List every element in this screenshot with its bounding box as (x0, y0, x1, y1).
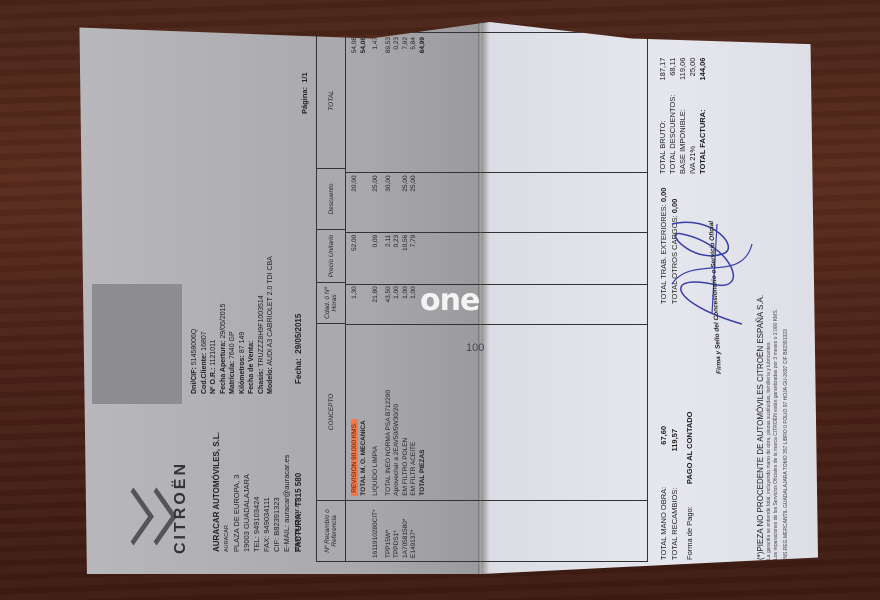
cell-qty: 1,30 (351, 282, 360, 322)
cell-qty (360, 282, 369, 322)
cell-total: 64,99 (419, 33, 428, 171)
client-info: Dni/CIF: 51458006Q Cod.Cliente: 16807 Nº… (190, 256, 276, 394)
table-row: 1A70581580*EM FILTRO POLEN1,0010,5625,00… (402, 33, 411, 561)
cell-pu: 52,00 (351, 231, 360, 282)
table-row: REVISION 90.000 KMS.1,3052,0020,0054,08 (351, 33, 360, 561)
cell-ref: E149137* (410, 499, 419, 561)
cell-ref: 1611910280CIT* (372, 499, 381, 561)
invoice-number: FACTURA: T315 580 (294, 473, 303, 552)
cell-total: 89,53 (385, 33, 394, 171)
cell-dto: 20,00 (351, 171, 360, 230)
cell-ref (419, 499, 428, 561)
watermark-logo: one (420, 283, 479, 318)
cell-pu: 2,11 (385, 231, 394, 282)
table-row: TOTAL M. O. MECANICA54,08 (360, 33, 369, 561)
redacted-area (92, 284, 182, 404)
table-body: REVISION 90.000 KMS.1,3052,0020,0054,08T… (351, 33, 427, 561)
cell-ref (351, 499, 360, 561)
company-info: AURACAR AUTOMÓVILES, S.L. AURACAR PLAZA … (212, 432, 302, 552)
cell-ref: TPPDS1* (393, 499, 402, 561)
cell-total: 54,08 (360, 33, 369, 171)
cell-dto: 25,00 (402, 171, 411, 230)
cell-qty: 43,50 (385, 282, 394, 322)
cell-total: 5,84 (410, 33, 419, 171)
watermark-number: 100 (466, 342, 484, 354)
cell-ref: 1A70581580* (402, 499, 411, 561)
page-number: Página: 1/1 (300, 72, 309, 114)
cell-concept: Aprovechar a 2EAV50/5W30/20 (393, 322, 402, 499)
cell-dto (360, 171, 369, 230)
cell-pu (360, 231, 369, 282)
cell-dto: 25,00 (372, 171, 381, 230)
cell-pu (419, 231, 428, 282)
cell-dto (393, 171, 402, 230)
cell-ref: TPP15W* (385, 499, 394, 561)
cell-dto: 30,00 (385, 171, 394, 230)
cell-concept: TOTAL M. O. MECANICA (360, 322, 369, 499)
cell-pu: 10,56 (402, 231, 411, 282)
cell-ref (360, 499, 369, 561)
signature (652, 204, 762, 344)
cell-total: 7,92 (402, 33, 411, 171)
totals-left: TOTAL MANO OBRA: 67,60 TOTAL RECAMBIOS: … (658, 411, 695, 560)
highlighted-concept: REVISION 90.000 KMS. (351, 419, 358, 495)
cell-pu: 0,23 (393, 231, 402, 282)
cell-total: 1,47 (372, 33, 381, 171)
totals-right: TOTAL BRUTO:187,17 TOTAL DESCUENTOS:68,1… (658, 58, 708, 174)
cell-concept: TOTAL PIEZAS (419, 322, 428, 499)
table-row: TPPDS1*Aprovechar a 2EAV50/5W30/201,000,… (393, 33, 402, 561)
cell-total: 54,08 (351, 33, 360, 171)
cell-qty: 1,00 (393, 282, 402, 322)
footer-notes: (*)PIEZA NO PROCEDENTE DE AUTOMÓVILES CI… (756, 295, 790, 560)
cell-qty: 21,80 (372, 282, 381, 322)
cell-total: 0,23 (393, 33, 402, 171)
table-row: 1611910280CIT*LIQUIDO LIMPIA21,800,0925,… (372, 33, 381, 561)
table-header: Nº Recambio o Referencia CONCEPTO Cdad. … (317, 33, 346, 561)
cell-concept: REVISION 90.000 KMS. (351, 322, 360, 499)
cell-concept: EM FILTR ACEITE (410, 322, 419, 499)
cell-concept: LIQUIDO LIMPIA (372, 322, 381, 499)
cell-concept: TOTAL INEO NORMA PSA B712290 (385, 322, 394, 499)
cell-dto: 25,00 (410, 171, 419, 230)
cell-pu: 7,79 (410, 231, 419, 282)
cell-dto (419, 171, 428, 230)
cell-concept: EM FILTRO POLEN (402, 322, 411, 499)
table-row: TPP15W*TOTAL INEO NORMA PSA B71229043,50… (385, 33, 394, 561)
cell-qty: 1,00 (402, 282, 411, 322)
brand-name: CITROËN (172, 461, 190, 554)
invoice-date: Fecha: 29/05/2015 (294, 314, 303, 384)
cell-pu: 0,09 (372, 231, 381, 282)
invoice-table: Nº Recambio o Referencia CONCEPTO Cdad. … (316, 32, 648, 562)
citroen-logo-icon (110, 499, 180, 534)
table-row: E149137*EM FILTR ACEITE1,007,7925,005,84 (410, 33, 419, 561)
cell-qty: 1,00 (410, 282, 419, 322)
